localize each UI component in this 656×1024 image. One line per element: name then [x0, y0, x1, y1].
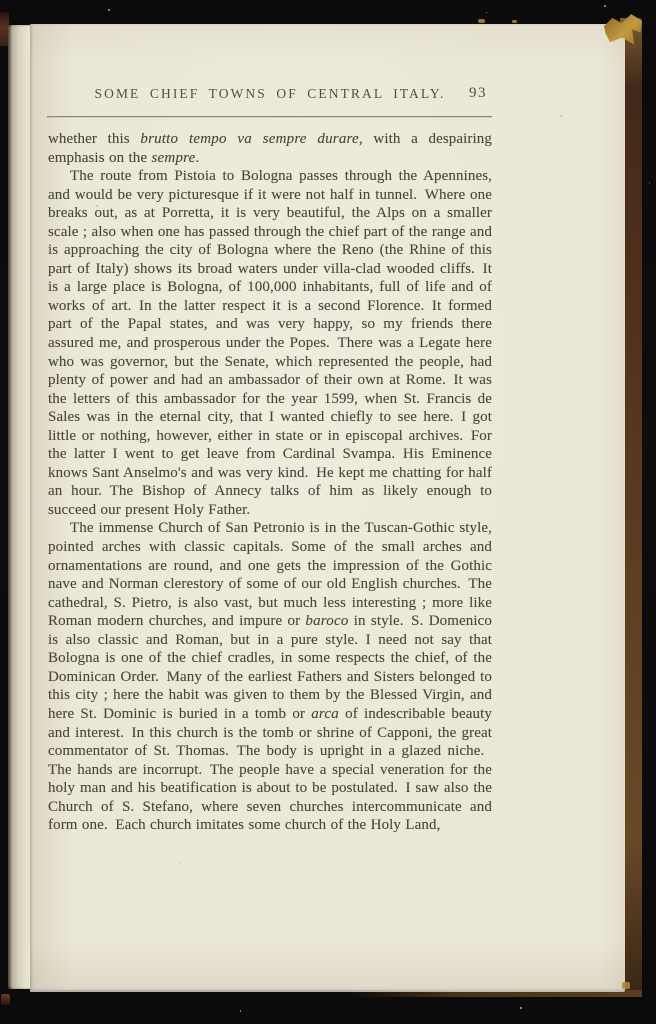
page-number: 93 [469, 85, 487, 102]
running-header: SOME CHIEF TOWNS OF CENTRAL ITALY. 93 [48, 85, 492, 103]
paper-blemish [560, 115, 562, 117]
book-spine-sliver-bottom [1, 994, 10, 1005]
running-header-title: SOME CHIEF TOWNS OF CENTRAL ITALY. [95, 86, 446, 101]
gold-fleck [478, 19, 485, 23]
paragraph: The immense Church of San Petronio is in… [48, 519, 492, 834]
paper-blemish [180, 862, 181, 864]
page-body: whether this brutto tempo va sempre dura… [48, 130, 492, 835]
scanned-book-photo: SOME CHIEF TOWNS OF CENTRAL ITALY. 93 wh… [0, 0, 656, 1024]
dust-speck [520, 1007, 522, 1009]
dust-speck [649, 182, 650, 184]
book-cover-edge-bottom [350, 990, 642, 997]
paragraph: whether this brutto tempo va sempre dura… [48, 130, 492, 167]
gold-fleck [512, 20, 517, 23]
page-gutter-edge [8, 25, 30, 989]
text-run: whether this [48, 131, 140, 147]
gold-fleck [622, 982, 630, 989]
italic-text-run: brutto tempo va sempre durare [140, 131, 359, 147]
dust-speck [108, 9, 110, 11]
dust-speck [240, 1010, 241, 1012]
dust-speck [604, 5, 606, 7]
text-run: . [195, 150, 199, 166]
header-rule [47, 116, 492, 117]
text-run: The route from Pistoia to Bologna passes… [48, 168, 492, 518]
paragraph: The route from Pistoia to Bologna passes… [48, 167, 492, 519]
dust-speck [486, 12, 487, 13]
italic-text-run: arca [311, 706, 339, 722]
italic-text-run: sempre [152, 150, 196, 166]
italic-text-run: baroco [305, 613, 348, 629]
text-run: of indescribable beauty and interest. In… [48, 706, 492, 833]
